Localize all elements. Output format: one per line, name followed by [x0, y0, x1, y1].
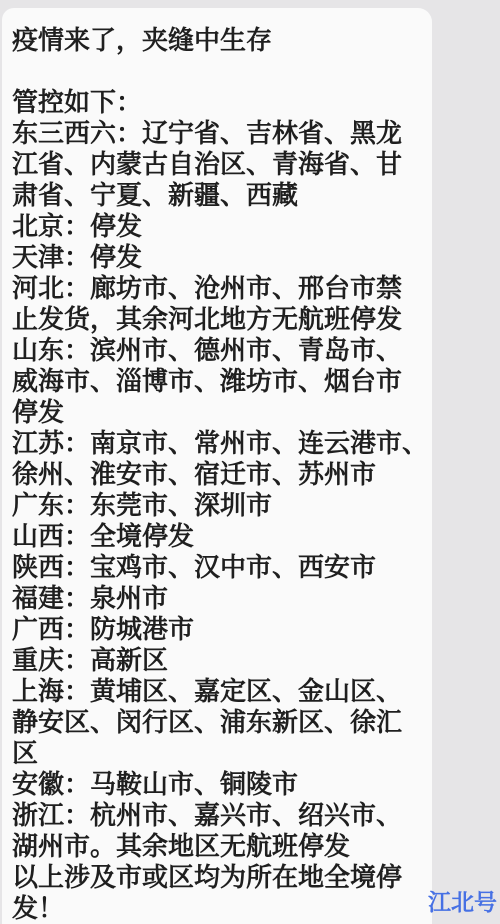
text-line: 东三西六：辽宁省、吉林省、黑龙	[12, 118, 432, 149]
text-line: 上海：黄埔区、嘉定区、金山区、	[12, 676, 432, 707]
text-line: 威海市、淄博市、潍坊市、烟台市	[12, 366, 432, 397]
watermark-logo: 江北号	[428, 888, 497, 916]
text-line: 江省、内蒙古自治区、青海省、甘	[12, 149, 432, 180]
post-title: 疫情来了，夹缝中生存	[12, 25, 432, 56]
post-screenshot: 疫情来了，夹缝中生存 管控如下：东三西六：辽宁省、吉林省、黑龙江省、内蒙古自治区…	[0, 0, 500, 924]
text-line: 浙江：杭州市、嘉兴市、绍兴市、	[12, 800, 432, 831]
text-line: 湖州市。其余地区无航班停发	[12, 831, 432, 862]
text-line: 陕西：宝鸡市、汉中市、西安市	[12, 552, 432, 583]
post-card: 疫情来了，夹缝中生存 管控如下：东三西六：辽宁省、吉林省、黑龙江省、内蒙古自治区…	[2, 8, 432, 924]
text-line: 停发	[12, 397, 432, 428]
text-line: 山东：滨州市、德州市、青岛市、	[12, 335, 432, 366]
text-line: 肃省、宁夏、新疆、西藏	[12, 180, 432, 211]
text-line: 安徽：马鞍山市、铜陵市	[12, 769, 432, 800]
post-body: 管控如下：东三西六：辽宁省、吉林省、黑龙江省、内蒙古自治区、青海省、甘肃省、宁夏…	[12, 87, 432, 924]
text-line: 河北：廊坊市、沧州市、邢台市禁	[12, 273, 432, 304]
text-line: 山西：全境停发	[12, 521, 432, 552]
text-line: 广西：防城港市	[12, 614, 432, 645]
text-line: 区	[12, 738, 432, 769]
text-line: 广东：东莞市、深圳市	[12, 490, 432, 521]
text-line: 静安区、闵行区、浦东新区、徐汇	[12, 707, 432, 738]
text-line: 发！	[12, 893, 432, 924]
text-line: 福建：泉州市	[12, 583, 432, 614]
text-line: 以上涉及市或区均为所在地全境停	[12, 862, 432, 893]
text-line: 北京：停发	[12, 211, 432, 242]
text-line: 重庆：高新区	[12, 645, 432, 676]
text-line: 管控如下：	[12, 87, 432, 118]
text-line: 天津：停发	[12, 242, 432, 273]
text-line: 止发货，其余河北地方无航班停发	[12, 304, 432, 335]
text-line: 徐州、淮安市、宿迁市、苏州市	[12, 459, 432, 490]
text-line: 江苏：南京市、常州市、连云港市、	[12, 428, 432, 459]
